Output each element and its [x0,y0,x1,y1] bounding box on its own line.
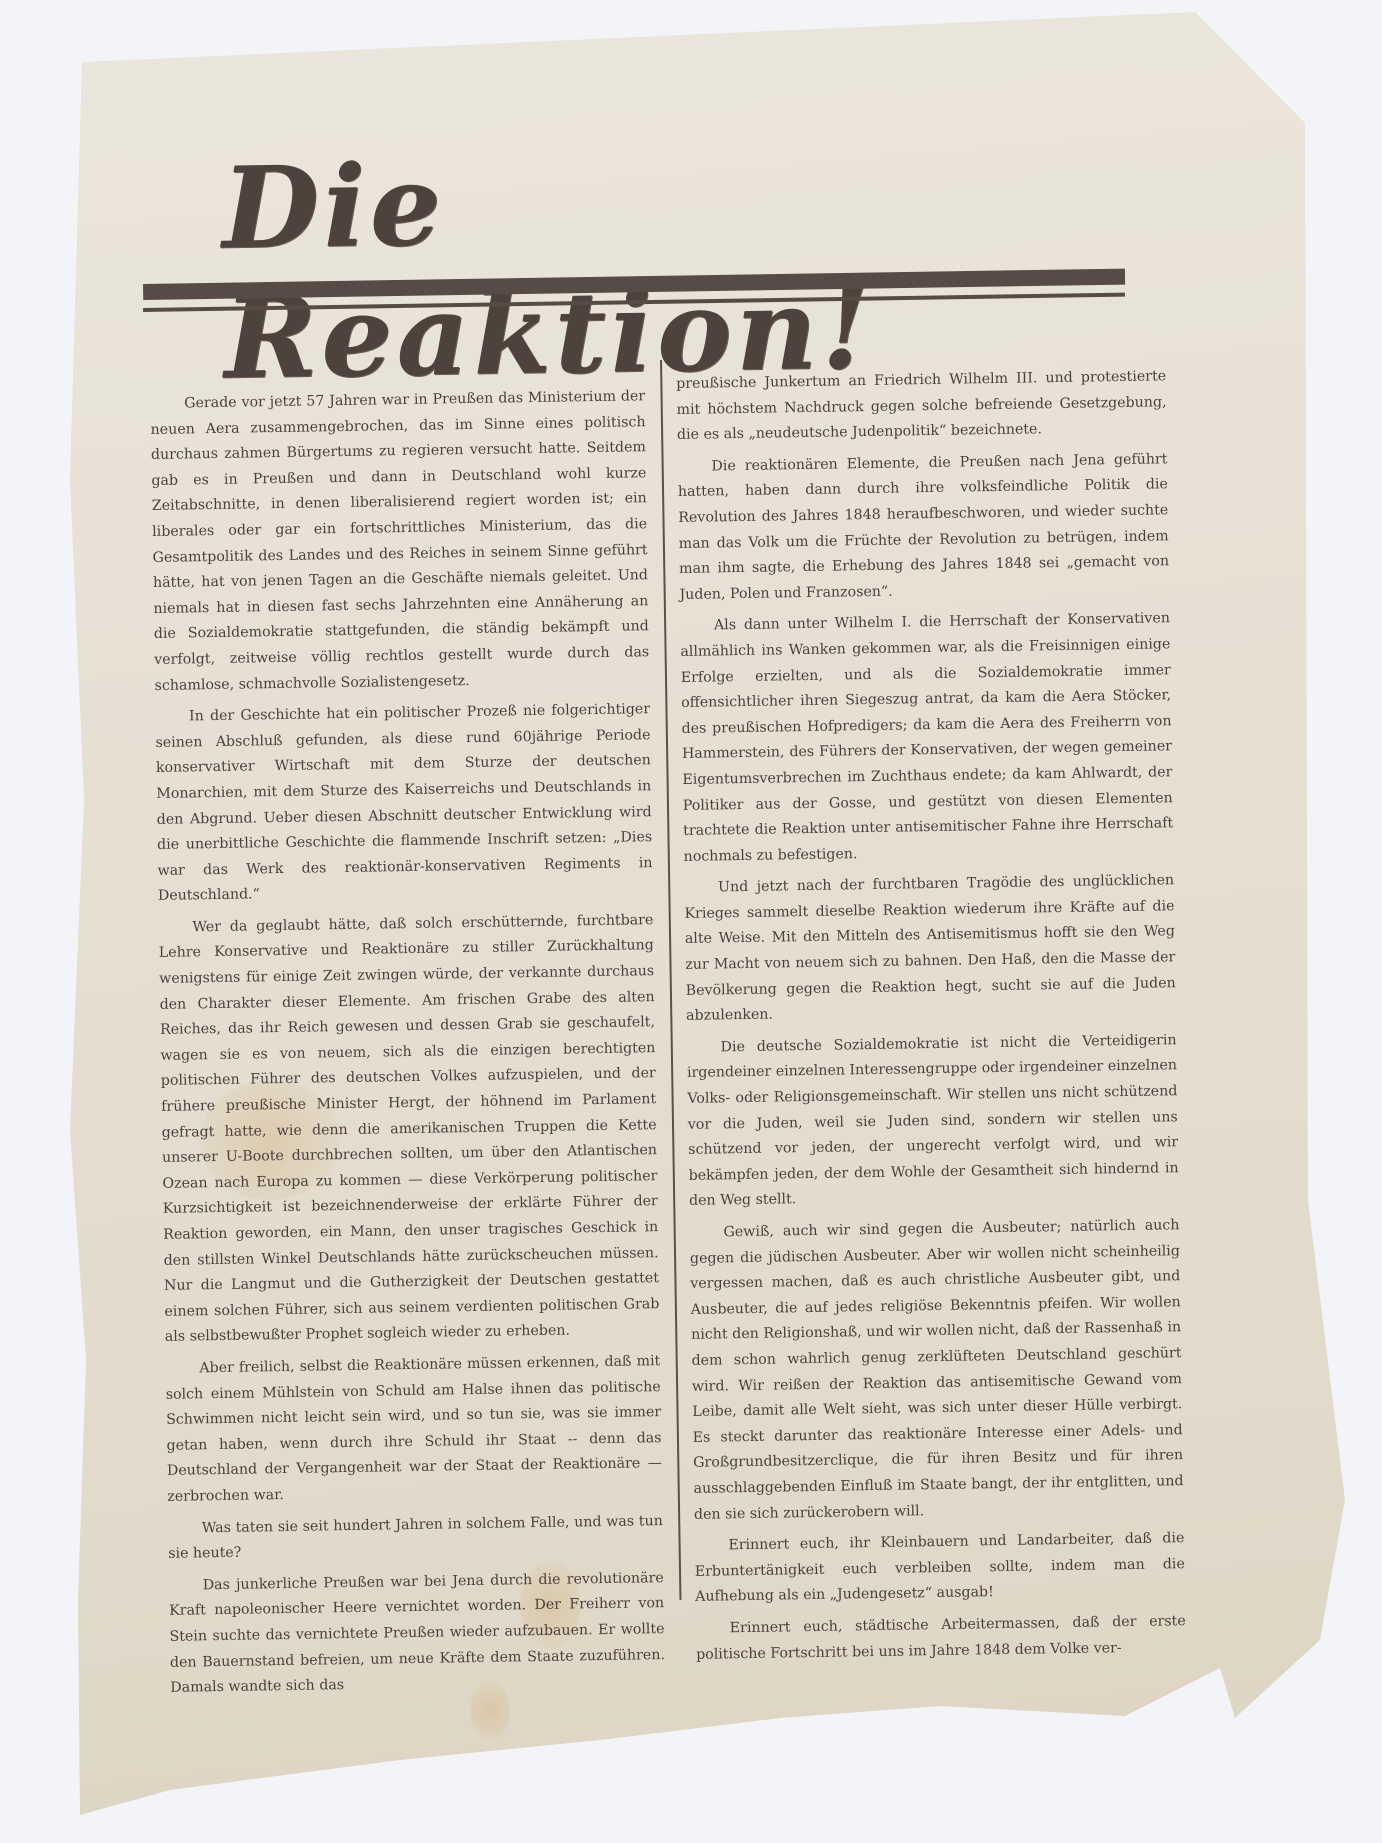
paragraph-continuation: preußische Junkertum an Friedrich Wilhel… [676,364,1167,448]
paragraph: In der Geschichte hat ein politischer Pr… [155,697,653,909]
paragraph: Gewiß, auch wir sind gegen die Ausbeuter… [689,1213,1184,1528]
paragraph: Erinnert euch, städtische Arbeitermassen… [696,1609,1187,1668]
article-column-right: preußische Junkertum an Friedrich Wilhel… [676,364,1186,1674]
paragraph: Was taten sie seit hundert Jahren in sol… [168,1509,664,1568]
paragraph: Gerade vor jetzt 57 Jahren war in Preuße… [150,384,650,699]
page-title: Die Reaktion! [221,132,1043,275]
article-column-left: Gerade vor jetzt 57 Jahren war in Preuße… [150,384,666,1707]
paragraph: Und jetzt nach der furchtbaren Tragödie … [684,869,1176,1030]
paragraph: Als dann unter Wilhelm I. die Herrschaft… [680,607,1174,871]
paragraph: Die deutsche Sozialdemokratie ist nicht … [686,1028,1179,1215]
paragraph: Wer da geglaubt hätte, daß solch erschüt… [158,908,660,1351]
paragraph: Aber freilich, selbst die Reaktionäre mü… [165,1349,662,1510]
paragraph: Die reaktionären Elemente, die Preußen n… [677,447,1169,608]
paragraph: Erinnert euch, ihr Kleinbauern und Landa… [694,1526,1185,1610]
paragraph: Das junkerliche Preußen war bei Jena dur… [169,1566,666,1702]
